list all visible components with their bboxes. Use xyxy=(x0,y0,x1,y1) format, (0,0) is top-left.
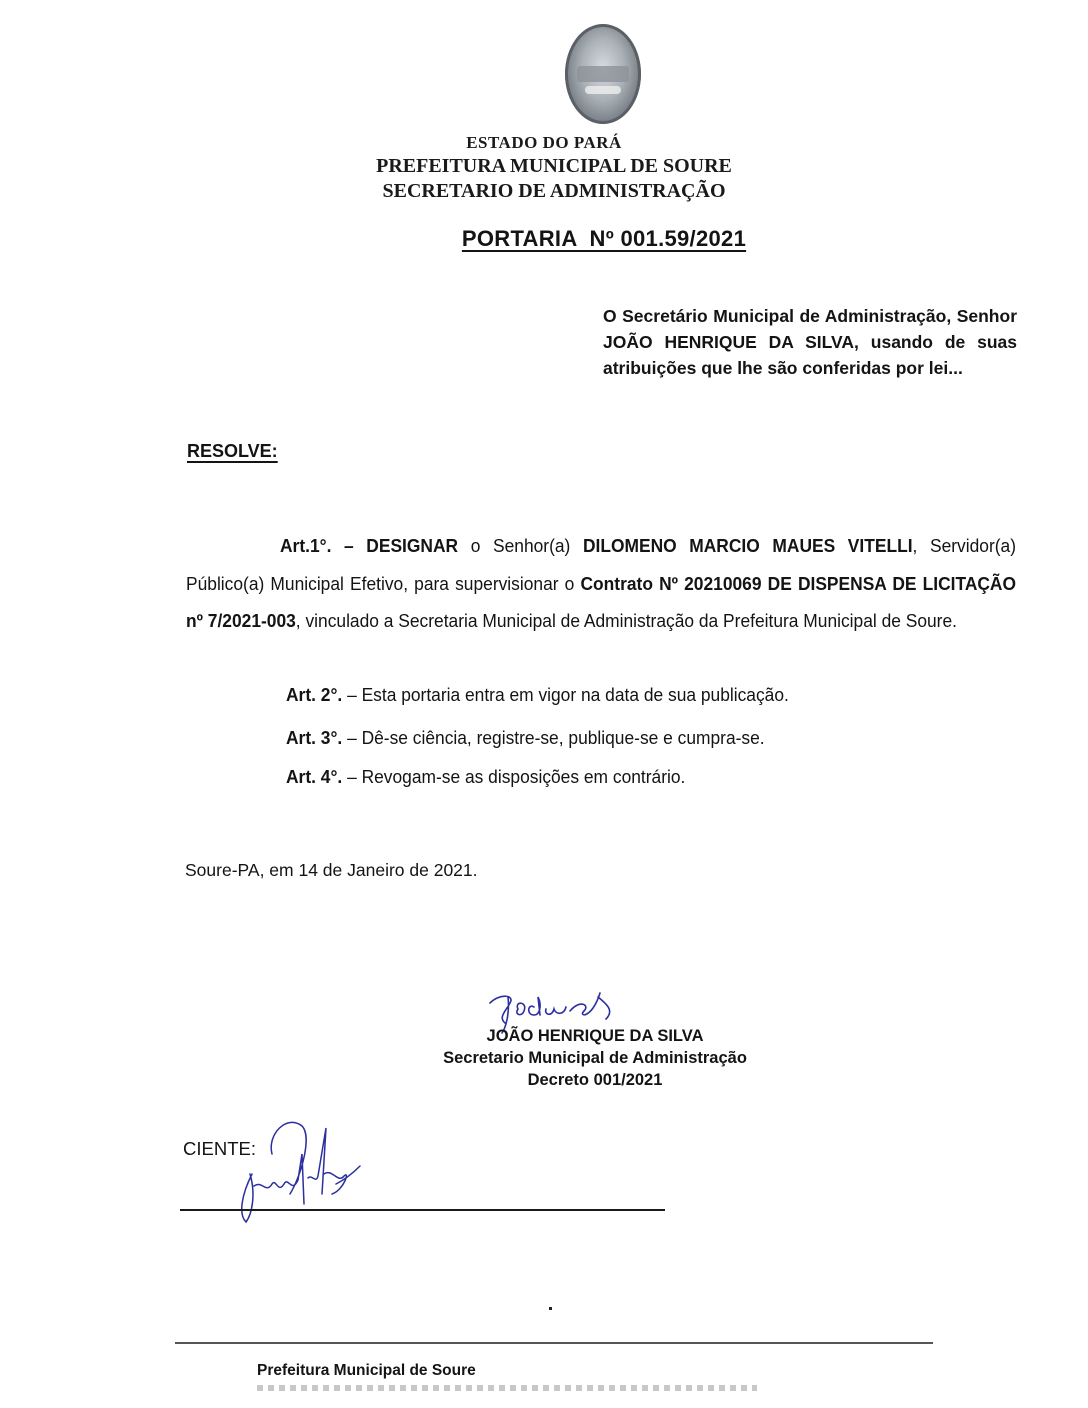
article-4-text: – Revogam-se as disposições em contrário… xyxy=(342,766,685,787)
footer-title: Prefeitura Municipal de Soure xyxy=(257,1362,476,1380)
article-3-label: Art. 3°. xyxy=(286,727,342,748)
article-2-text: – Esta portaria entra em vigor na data d… xyxy=(342,684,789,705)
footer-divider xyxy=(175,1342,933,1344)
signatory-decree: Decreto 001/2021 xyxy=(390,1069,800,1091)
coat-of-arms-seal-icon xyxy=(565,24,641,124)
signatory-block: JOÃO HENRIQUE DA SILVA Secretario Munici… xyxy=(390,1025,800,1091)
preamble-text: O Secretário Municipal de Administração,… xyxy=(603,303,1017,381)
signatory-role: Secretario Municipal de Administração xyxy=(390,1047,800,1069)
document-title: PORTARIA Nº 001.59/2021 xyxy=(0,226,1088,252)
article-1-segment: DILOMENO MARCIO MAUES VITELLI xyxy=(583,535,913,556)
scan-speck xyxy=(549,1307,552,1310)
article-1: Art.1°. – DESIGNAR o Senhor(a) DILOMENO … xyxy=(186,527,1016,640)
article-2-label: Art. 2°. xyxy=(286,684,342,705)
article-2: Art. 2°. – Esta portaria entra em vigor … xyxy=(286,684,789,706)
article-1-segment: , vinculado a Secretaria Municipal de Ad… xyxy=(296,610,957,631)
article-4-label: Art. 4°. xyxy=(286,766,342,787)
acknowledgement-signature-icon xyxy=(232,1114,362,1229)
article-3: Art. 3°. – Dê-se ciência, registre-se, p… xyxy=(286,727,765,749)
ciente-signature-line xyxy=(180,1209,665,1211)
resolve-heading: RESOLVE: xyxy=(187,441,278,462)
state-heading: ESTADO DO PARÁ xyxy=(0,133,1088,153)
date-line: Soure-PA, em 14 de Janeiro de 2021. xyxy=(185,860,478,881)
article-4: Art. 4°. – Revogam-se as disposições em … xyxy=(286,766,685,788)
portaria-number: PORTARIA Nº 001.59/2021 xyxy=(462,226,746,251)
article-3-text: – Dê-se ciência, registre-se, publique-s… xyxy=(342,727,764,748)
footer-address-truncated xyxy=(257,1385,757,1391)
article-1-segment: DESIGNAR xyxy=(366,535,458,556)
seal-ribbon xyxy=(585,86,621,94)
signatory-name: JOÃO HENRIQUE DA SILVA xyxy=(390,1025,800,1047)
seal-band xyxy=(577,66,629,82)
article-1-segment: o Senhor(a) xyxy=(458,535,583,556)
article-1-segment: Art.1°. – xyxy=(280,535,366,556)
department-heading: SECRETARIO DE ADMINISTRAÇÃO xyxy=(10,180,1088,203)
municipality-heading: PREFEITURA MUNICIPAL DE SOURE xyxy=(10,155,1088,178)
